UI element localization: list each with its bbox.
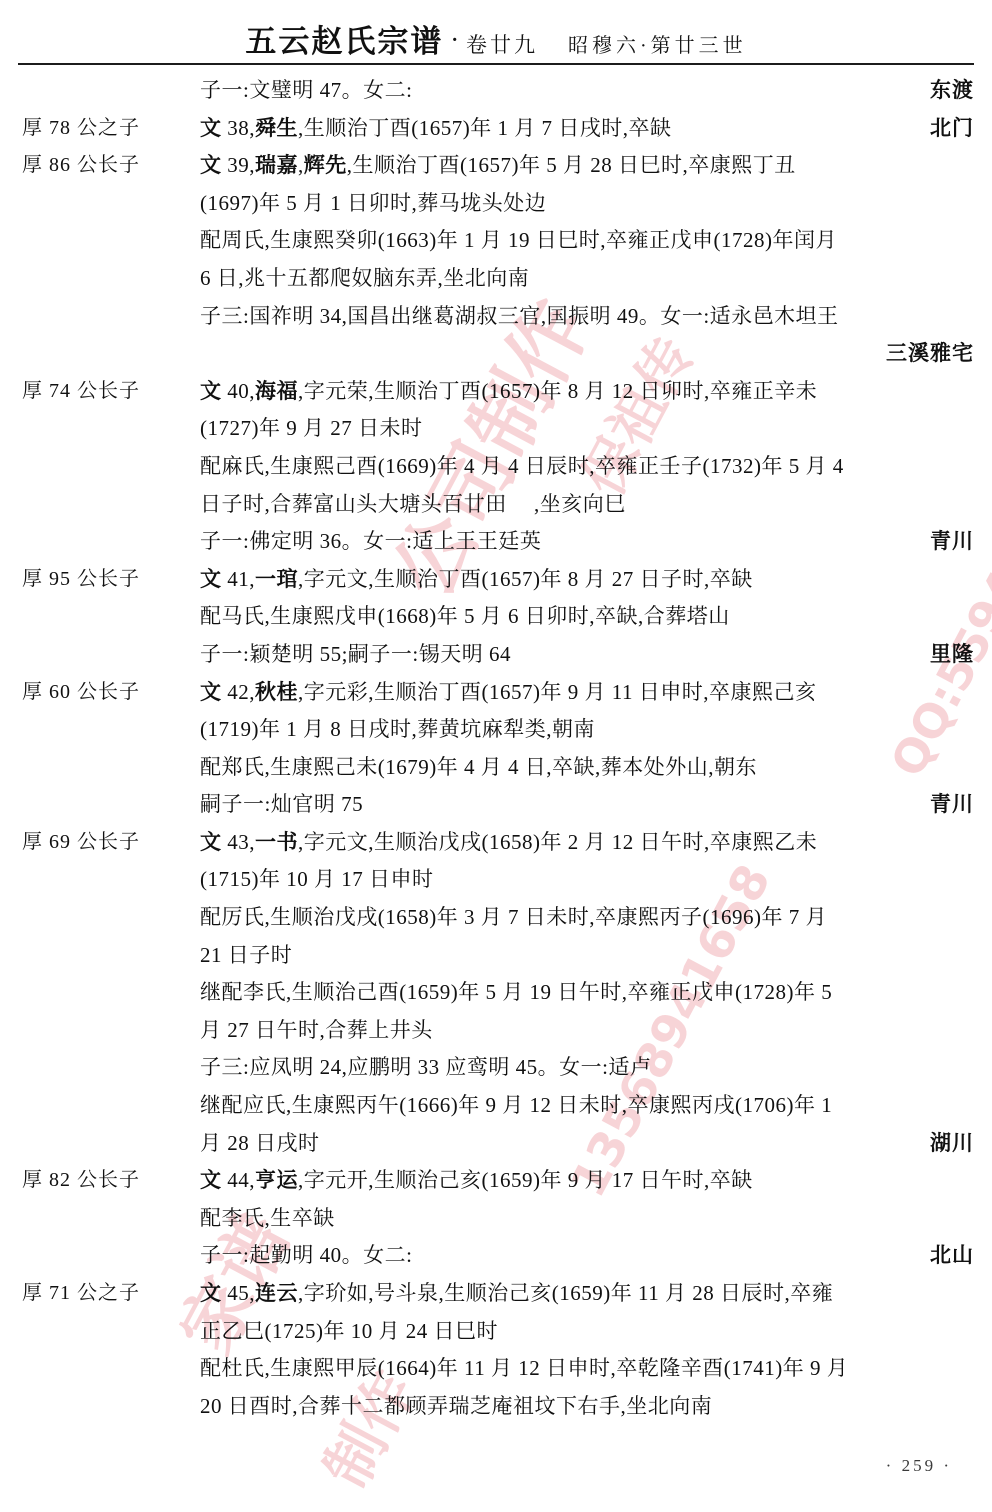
genealogy-line: 子一:颖楚明 55;嗣子一:锡天明 64里隆 bbox=[0, 636, 992, 674]
entry-text: 文 43,一书,字元文,生顺治戊戌(1658)年 2 月 12 日午时,卒康熙乙… bbox=[200, 824, 976, 862]
entry-text: 文 45,连云,字玠如,号斗泉,生顺治己亥(1659)年 11 月 28 日辰时… bbox=[200, 1275, 976, 1313]
genealogy-line: 6 日,兆十五都爬奴脑东弄,坐北向南 bbox=[0, 260, 992, 298]
entry-text: 配马氏,生康熙戊申(1668)年 5 月 6 日卯时,卒缺,合葬塔山 bbox=[200, 598, 976, 636]
genealogy-line: 配周氏,生康熙癸卯(1663)年 1 月 19 日巳时,卒雍正戊申(1728)年… bbox=[0, 222, 992, 260]
generation-label: 厚 60 公长子 bbox=[22, 674, 140, 712]
residence-label: 北门 bbox=[930, 110, 974, 148]
residence-label: 青川 bbox=[930, 523, 974, 561]
entry-text: (1697)年 5 月 1 日卯时,葬马垅头处边 bbox=[200, 185, 976, 223]
genealogy-line: 子三:应凤明 24,应鹏明 33 应鸾明 45。女一:适卢 bbox=[0, 1049, 992, 1087]
genealogy-body: 子一:文璧明 47。女二:东渡厚 78 公之子文 38,舜生,生顺治丁酉(165… bbox=[0, 72, 992, 1425]
entry-text: 继配李氏,生顺治己酉(1659)年 5 月 19 日午时,卒雍正戊申(1728)… bbox=[200, 974, 976, 1012]
genealogy-line: 子三:国祚明 34,国昌出继葛湖叔三官,国振明 49。女一:适永邑木坦王 bbox=[0, 298, 992, 336]
residence-label: 三溪雅宅 bbox=[886, 335, 974, 373]
residence-label: 北山 bbox=[930, 1237, 974, 1275]
genealogy-line: (1719)年 1 月 8 日戌时,葬黄坑麻犁类,朝南 bbox=[0, 711, 992, 749]
entry-text: 正乙巳(1725)年 10 月 24 日巳时 bbox=[200, 1313, 976, 1351]
entry-text: 21 日子时 bbox=[200, 937, 976, 975]
genealogy-line: 月 27 日午时,合葬上井头 bbox=[0, 1012, 992, 1050]
entry-text: 配厉氏,生顺治戊戌(1658)年 3 月 7 日未时,卒康熙丙子(1696)年 … bbox=[200, 899, 976, 937]
genealogy-line: 20 日酉时,合葬十二都顾弄瑞芝庵祖坟下右手,坐北向南 bbox=[0, 1388, 992, 1426]
genealogy-line: 厚 86 公长子文 39,瑞嘉,辉先,生顺治丁酉(1657)年 5 月 28 日… bbox=[0, 147, 992, 185]
entry-text: (1727)年 9 月 27 日未时 bbox=[200, 410, 976, 448]
entry-text: 文 44,亨运,字元开,生顺治己亥(1659)年 9 月 17 日午时,卒缺 bbox=[200, 1162, 976, 1200]
generation-label: 厚 69 公长子 bbox=[22, 824, 140, 862]
genealogy-line: 日子时,合葬富山头大塘头百廿田 ,坐亥向巳 bbox=[0, 486, 992, 524]
genealogy-line: 继配李氏,生顺治己酉(1659)年 5 月 19 日午时,卒雍正戊申(1728)… bbox=[0, 974, 992, 1012]
genealogy-line: (1727)年 9 月 27 日未时 bbox=[0, 410, 992, 448]
genealogy-line: 子一:佛定明 36。女一:适上王王廷英青川 bbox=[0, 523, 992, 561]
generation-label: 厚 78 公之子 bbox=[22, 110, 140, 148]
book-title: 五云赵氏宗谱 bbox=[245, 24, 443, 59]
genealogy-line: 子一:文璧明 47。女二:东渡 bbox=[0, 72, 992, 110]
entry-text: 文 41,一琯,字元文,生顺治丁酉(1657)年 8 月 27 日子时,卒缺 bbox=[200, 561, 976, 599]
page-number: · 259 · bbox=[886, 1456, 952, 1476]
entry-text: 子三:国祚明 34,国昌出继葛湖叔三官,国振明 49。女一:适永邑木坦王 bbox=[200, 298, 976, 336]
entry-text: 配杜氏,生康熙甲辰(1664)年 11 月 12 日申时,卒乾隆辛酉(1741)… bbox=[200, 1350, 976, 1388]
page-header: 五云赵氏宗谱·卷廿九昭穆六·第廿三世 bbox=[0, 16, 992, 61]
entry-text: 配李氏,生卒缺 bbox=[200, 1200, 976, 1238]
genealogy-line: 配麻氏,生康熙己酉(1669)年 4 月 4 日辰时,卒雍正壬子(1732)年 … bbox=[0, 448, 992, 486]
genealogy-line: 厚 60 公长子文 42,秋桂,字元彩,生顺治丁酉(1657)年 9 月 11 … bbox=[0, 674, 992, 712]
entry-text: 子一:颖楚明 55;嗣子一:锡天明 64 bbox=[200, 636, 976, 674]
genealogy-line: 配马氏,生康熙戊申(1668)年 5 月 6 日卯时,卒缺,合葬塔山 bbox=[0, 598, 992, 636]
entry-text: 嗣子一:灿官明 75 bbox=[200, 786, 976, 824]
entry-text: 配麻氏,生康熙己酉(1669)年 4 月 4 日辰时,卒雍正壬子(1732)年 … bbox=[200, 448, 976, 486]
entry-text: 配周氏,生康熙癸卯(1663)年 1 月 19 日巳时,卒雍正戊申(1728)年… bbox=[200, 222, 976, 260]
genealogy-line: 21 日子时 bbox=[0, 937, 992, 975]
genealogy-line: 三溪雅宅 bbox=[0, 335, 992, 373]
genealogy-line: 子一:起勤明 40。女二:北山 bbox=[0, 1237, 992, 1275]
genealogy-page: 制作13568941658QQ:5594599保祖传家谱公司制作 五云赵氏宗谱·… bbox=[0, 0, 992, 1512]
genealogy-line: 配李氏,生卒缺 bbox=[0, 1200, 992, 1238]
genealogy-line: 嗣子一:灿官明 75青川 bbox=[0, 786, 992, 824]
generation-label: 厚 74 公长子 bbox=[22, 373, 140, 411]
genealogy-line: 月 28 日戌时湖川 bbox=[0, 1125, 992, 1163]
entry-text: 继配应氏,生康熙丙午(1666)年 9 月 12 日未时,卒康熙丙戌(1706)… bbox=[200, 1087, 976, 1125]
section-label: 昭穆六·第廿三世 bbox=[568, 35, 747, 57]
residence-label: 青川 bbox=[930, 786, 974, 824]
entry-text: 文 42,秋桂,字元彩,生顺治丁酉(1657)年 9 月 11 日申时,卒康熙己… bbox=[200, 674, 976, 712]
entry-text: 20 日酉时,合葬十二都顾弄瑞芝庵祖坟下右手,坐北向南 bbox=[200, 1388, 976, 1426]
entry-text: 子一:佛定明 36。女一:适上王王廷英 bbox=[200, 523, 976, 561]
genealogy-line: 厚 82 公长子文 44,亨运,字元开,生顺治己亥(1659)年 9 月 17 … bbox=[0, 1162, 992, 1200]
generation-label: 厚 86 公长子 bbox=[22, 147, 140, 185]
genealogy-line: 正乙巳(1725)年 10 月 24 日巳时 bbox=[0, 1313, 992, 1351]
entry-text: 子一:文璧明 47。女二: bbox=[200, 72, 976, 110]
entry-text: 月 28 日戌时 bbox=[200, 1125, 976, 1163]
entry-text: (1715)年 10 月 17 日申时 bbox=[200, 861, 976, 899]
genealogy-line: 厚 95 公长子文 41,一琯,字元文,生顺治丁酉(1657)年 8 月 27 … bbox=[0, 561, 992, 599]
genealogy-line: 厚 78 公之子文 38,舜生,生顺治丁酉(1657)年 1 月 7 日戌时,卒… bbox=[0, 110, 992, 148]
genealogy-line: 配杜氏,生康熙甲辰(1664)年 11 月 12 日申时,卒乾隆辛酉(1741)… bbox=[0, 1350, 992, 1388]
generation-label: 厚 71 公之子 bbox=[22, 1275, 140, 1313]
residence-label: 东渡 bbox=[930, 72, 974, 110]
generation-label: 厚 95 公长子 bbox=[22, 561, 140, 599]
genealogy-line: 厚 69 公长子文 43,一书,字元文,生顺治戊戌(1658)年 2 月 12 … bbox=[0, 824, 992, 862]
entry-text: 日子时,合葬富山头大塘头百廿田 ,坐亥向巳 bbox=[200, 486, 976, 524]
genealogy-line: 配郑氏,生康熙己未(1679)年 4 月 4 日,卒缺,葬本处外山,朝东 bbox=[0, 749, 992, 787]
entry-text: 文 40,海福,字元荣,生顺治丁酉(1657)年 8 月 12 日卯时,卒雍正辛… bbox=[200, 373, 976, 411]
entry-text: 配郑氏,生康熙己未(1679)年 4 月 4 日,卒缺,葬本处外山,朝东 bbox=[200, 749, 976, 787]
entry-text: (1719)年 1 月 8 日戌时,葬黄坑麻犁类,朝南 bbox=[200, 711, 976, 749]
residence-label: 里隆 bbox=[930, 636, 974, 674]
header-divider bbox=[18, 63, 974, 65]
genealogy-line: (1697)年 5 月 1 日卯时,葬马垅头处边 bbox=[0, 185, 992, 223]
entry-text: 文 39,瑞嘉,辉先,生顺治丁酉(1657)年 5 月 28 日巳时,卒康熙丁丑 bbox=[200, 147, 976, 185]
entry-text: 6 日,兆十五都爬奴脑东弄,坐北向南 bbox=[200, 260, 976, 298]
volume-label: 卷廿九 bbox=[466, 33, 538, 57]
entry-text: 文 38,舜生,生顺治丁酉(1657)年 1 月 7 日戌时,卒缺 bbox=[200, 110, 976, 148]
entry-text: 子三:应凤明 24,应鹏明 33 应鸾明 45。女一:适卢 bbox=[200, 1049, 976, 1087]
generation-label: 厚 82 公长子 bbox=[22, 1162, 140, 1200]
genealogy-line: 配厉氏,生顺治戊戌(1658)年 3 月 7 日未时,卒康熙丙子(1696)年 … bbox=[0, 899, 992, 937]
title-separator-dot: · bbox=[451, 29, 458, 51]
residence-label: 湖川 bbox=[930, 1125, 974, 1163]
entry-text: 子一:起勤明 40。女二: bbox=[200, 1237, 976, 1275]
genealogy-line: 继配应氏,生康熙丙午(1666)年 9 月 12 日未时,卒康熙丙戌(1706)… bbox=[0, 1087, 992, 1125]
genealogy-line: 厚 71 公之子文 45,连云,字玠如,号斗泉,生顺治己亥(1659)年 11 … bbox=[0, 1275, 992, 1313]
entry-text: 月 27 日午时,合葬上井头 bbox=[200, 1012, 976, 1050]
genealogy-line: 厚 74 公长子文 40,海福,字元荣,生顺治丁酉(1657)年 8 月 12 … bbox=[0, 373, 992, 411]
genealogy-line: (1715)年 10 月 17 日申时 bbox=[0, 861, 992, 899]
